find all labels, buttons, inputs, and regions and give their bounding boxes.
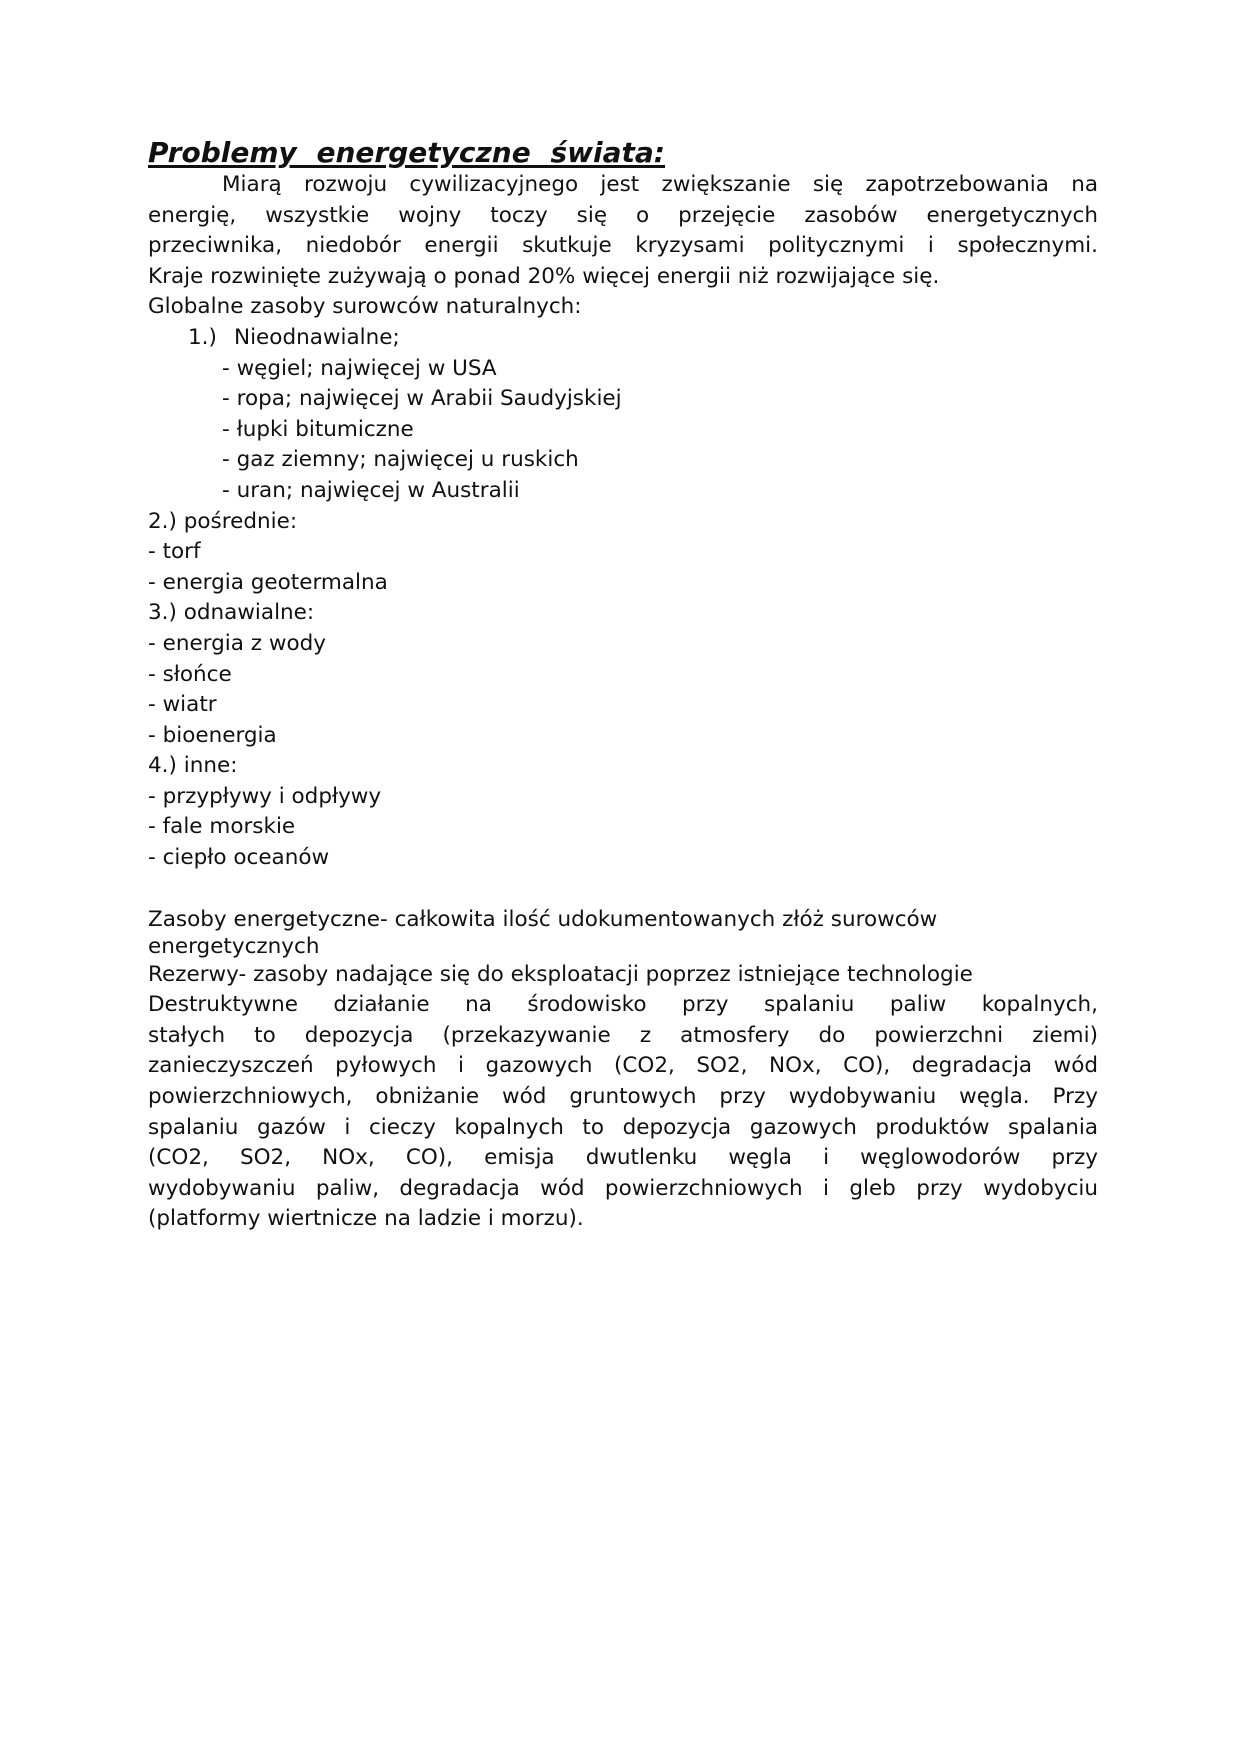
list-item: - energia geotermalna: [148, 568, 1098, 599]
category-heading: 2.) pośrednie:: [148, 507, 1098, 538]
intro-line: przeciwnika, niedobór energii skutkuje k…: [148, 231, 1098, 262]
paragraph-line: spalaniu gazów i cieczy kopalnych to dep…: [148, 1113, 1098, 1144]
spacer: [148, 874, 1098, 906]
list-item: - torf: [148, 537, 1098, 568]
category-number: 4.): [148, 753, 177, 778]
list-item: - ropa; najwięcej w Arabii Saudyjskiej: [148, 384, 1098, 415]
resources-heading: Globalne zasoby surowców naturalnych:: [148, 292, 1098, 323]
list-item: - bioenergia: [148, 721, 1098, 752]
intro-paragraph: Miarą rozwoju cywilizacyjnego jest zwięk…: [148, 170, 1098, 292]
definition-rezerwy: Rezerwy- zasoby nadające się do eksploat…: [148, 960, 1098, 991]
intro-line: Miarą rozwoju cywilizacyjnego jest zwięk…: [148, 170, 1098, 201]
category-label: odnawialne:: [184, 600, 314, 625]
list-item: - energia z wody: [148, 629, 1098, 660]
definition-line: Zasoby energetyczne- całkowita ilość udo…: [148, 906, 1098, 933]
category-heading: 3.) odnawialne:: [148, 598, 1098, 629]
category-intermediate: 2.) pośrednie: - torf - energia geoterma…: [148, 507, 1098, 599]
page-title: Problemy energetyczne świata:: [148, 136, 1098, 170]
category-renewable: 3.) odnawialne: - energia z wody - słońc…: [148, 598, 1098, 751]
list-item: - uran; najwięcej w Australii: [148, 476, 1098, 507]
definition-zasoby: Zasoby energetyczne- całkowita ilość udo…: [148, 906, 1098, 960]
paragraph-line: Destruktywne działanie na środowisko prz…: [148, 990, 1098, 1021]
list-item: - węgiel; najwięcej w USA: [148, 354, 1098, 385]
category-other: 4.) inne: - przypływy i odpływy - fale m…: [148, 751, 1098, 873]
paragraph-line: (CO2, SO2, NOx, CO), emisja dwutlenku wę…: [148, 1143, 1098, 1174]
category-nonrenewable: 1.)Nieodnawialne; - węgiel; najwięcej w …: [148, 323, 1098, 507]
paragraph-line: powierzchniowych, obniżanie wód gruntowy…: [148, 1082, 1098, 1113]
category-number: 1.): [188, 323, 234, 354]
document-page: Problemy energetyczne świata: Miarą rozw…: [0, 0, 1242, 1754]
destructive-impact-paragraph: Destruktywne działanie na środowisko prz…: [148, 990, 1098, 1235]
list-item: - łupki bitumiczne: [148, 415, 1098, 446]
list-item: - słońce: [148, 660, 1098, 691]
category-number: 2.): [148, 509, 177, 534]
list-item: - ciepło oceanów: [148, 843, 1098, 874]
list-item: - fale morskie: [148, 812, 1098, 843]
definition-line: energetycznych: [148, 933, 1098, 960]
paragraph-line: wydobywaniu paliw, degradacja wód powier…: [148, 1174, 1098, 1205]
paragraph-line: (platformy wiertnicze na ladzie i morzu)…: [148, 1204, 1098, 1235]
category-label: pośrednie:: [184, 509, 297, 534]
document-content: Problemy energetyczne świata: Miarą rozw…: [148, 136, 1098, 1235]
list-item: - gaz ziemny; najwięcej u ruskich: [148, 445, 1098, 476]
paragraph-line: stałych to depozycja (przekazywanie z at…: [148, 1021, 1098, 1052]
list-item: - przypływy i odpływy: [148, 782, 1098, 813]
category-label: Nieodnawialne;: [234, 325, 400, 350]
category-label: inne:: [184, 753, 238, 778]
intro-line: Kraje rozwinięte zużywają o ponad 20% wi…: [148, 262, 1098, 293]
intro-line: energię, wszystkie wojny toczy się o prz…: [148, 201, 1098, 232]
list-item: - wiatr: [148, 690, 1098, 721]
category-heading: 1.)Nieodnawialne;: [148, 323, 1098, 354]
category-heading: 4.) inne:: [148, 751, 1098, 782]
category-number: 3.): [148, 600, 177, 625]
paragraph-line: zanieczyszczeń pyłowych i gazowych (CO2,…: [148, 1051, 1098, 1082]
